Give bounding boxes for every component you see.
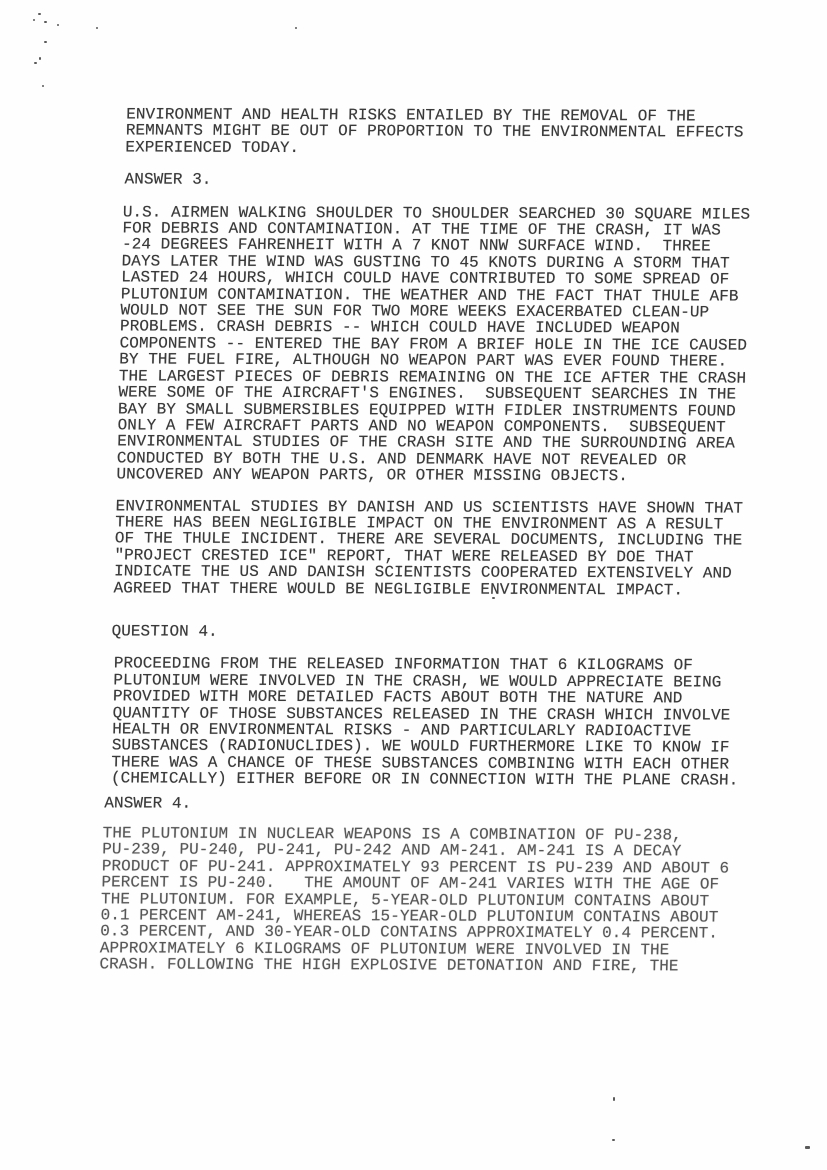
text-line: AGREED THAT THERE WOULD BE NEGLIGIBLE EN…	[113, 580, 812, 599]
section-heading: ANSWER 4.	[104, 795, 807, 814]
paragraph: ENVIRONMENTAL STUDIES BY DANISH AND US S…	[113, 498, 814, 599]
paragraph: THE PLUTONIUM IN NUCLEAR WEAPONS IS A CO…	[99, 825, 807, 975]
text-line: (CHEMICALLY) EITHER BEFORE OR IN CONNECT…	[111, 771, 808, 790]
document-page: ENVIRONMENT AND HEALTH RISKS ENTAILED BY…	[0, 0, 827, 1170]
text-line: CRASH. FOLLOWING THE HIGH EXPLOSIVE DETO…	[99, 957, 803, 976]
paragraph: U.S. AIRMEN WALKING SHOULDER TO SHOULDER…	[116, 204, 822, 485]
text-line: ANSWER 4.	[104, 795, 807, 814]
text-line: UNCOVERED ANY WEAPON PARTS, OR OTHER MIS…	[116, 467, 815, 486]
text-line: EXPERIENCED TODAY.	[125, 139, 823, 158]
text-line: QUESTION 4.	[111, 623, 811, 642]
text-line: ANSWER 3.	[124, 172, 822, 191]
section-heading: QUESTION 4.	[111, 623, 811, 642]
scan-speck	[805, 1146, 810, 1149]
typewritten-text: ENVIRONMENT AND HEALTH RISKS ENTAILED BY…	[0, 0, 827, 1170]
paragraph: PROCEEDING FROM THE RELEASED INFORMATION…	[111, 656, 811, 790]
section-heading: ANSWER 3.	[124, 172, 822, 191]
paragraph: ENVIRONMENT AND HEALTH RISKS ENTAILED BY…	[125, 106, 824, 158]
